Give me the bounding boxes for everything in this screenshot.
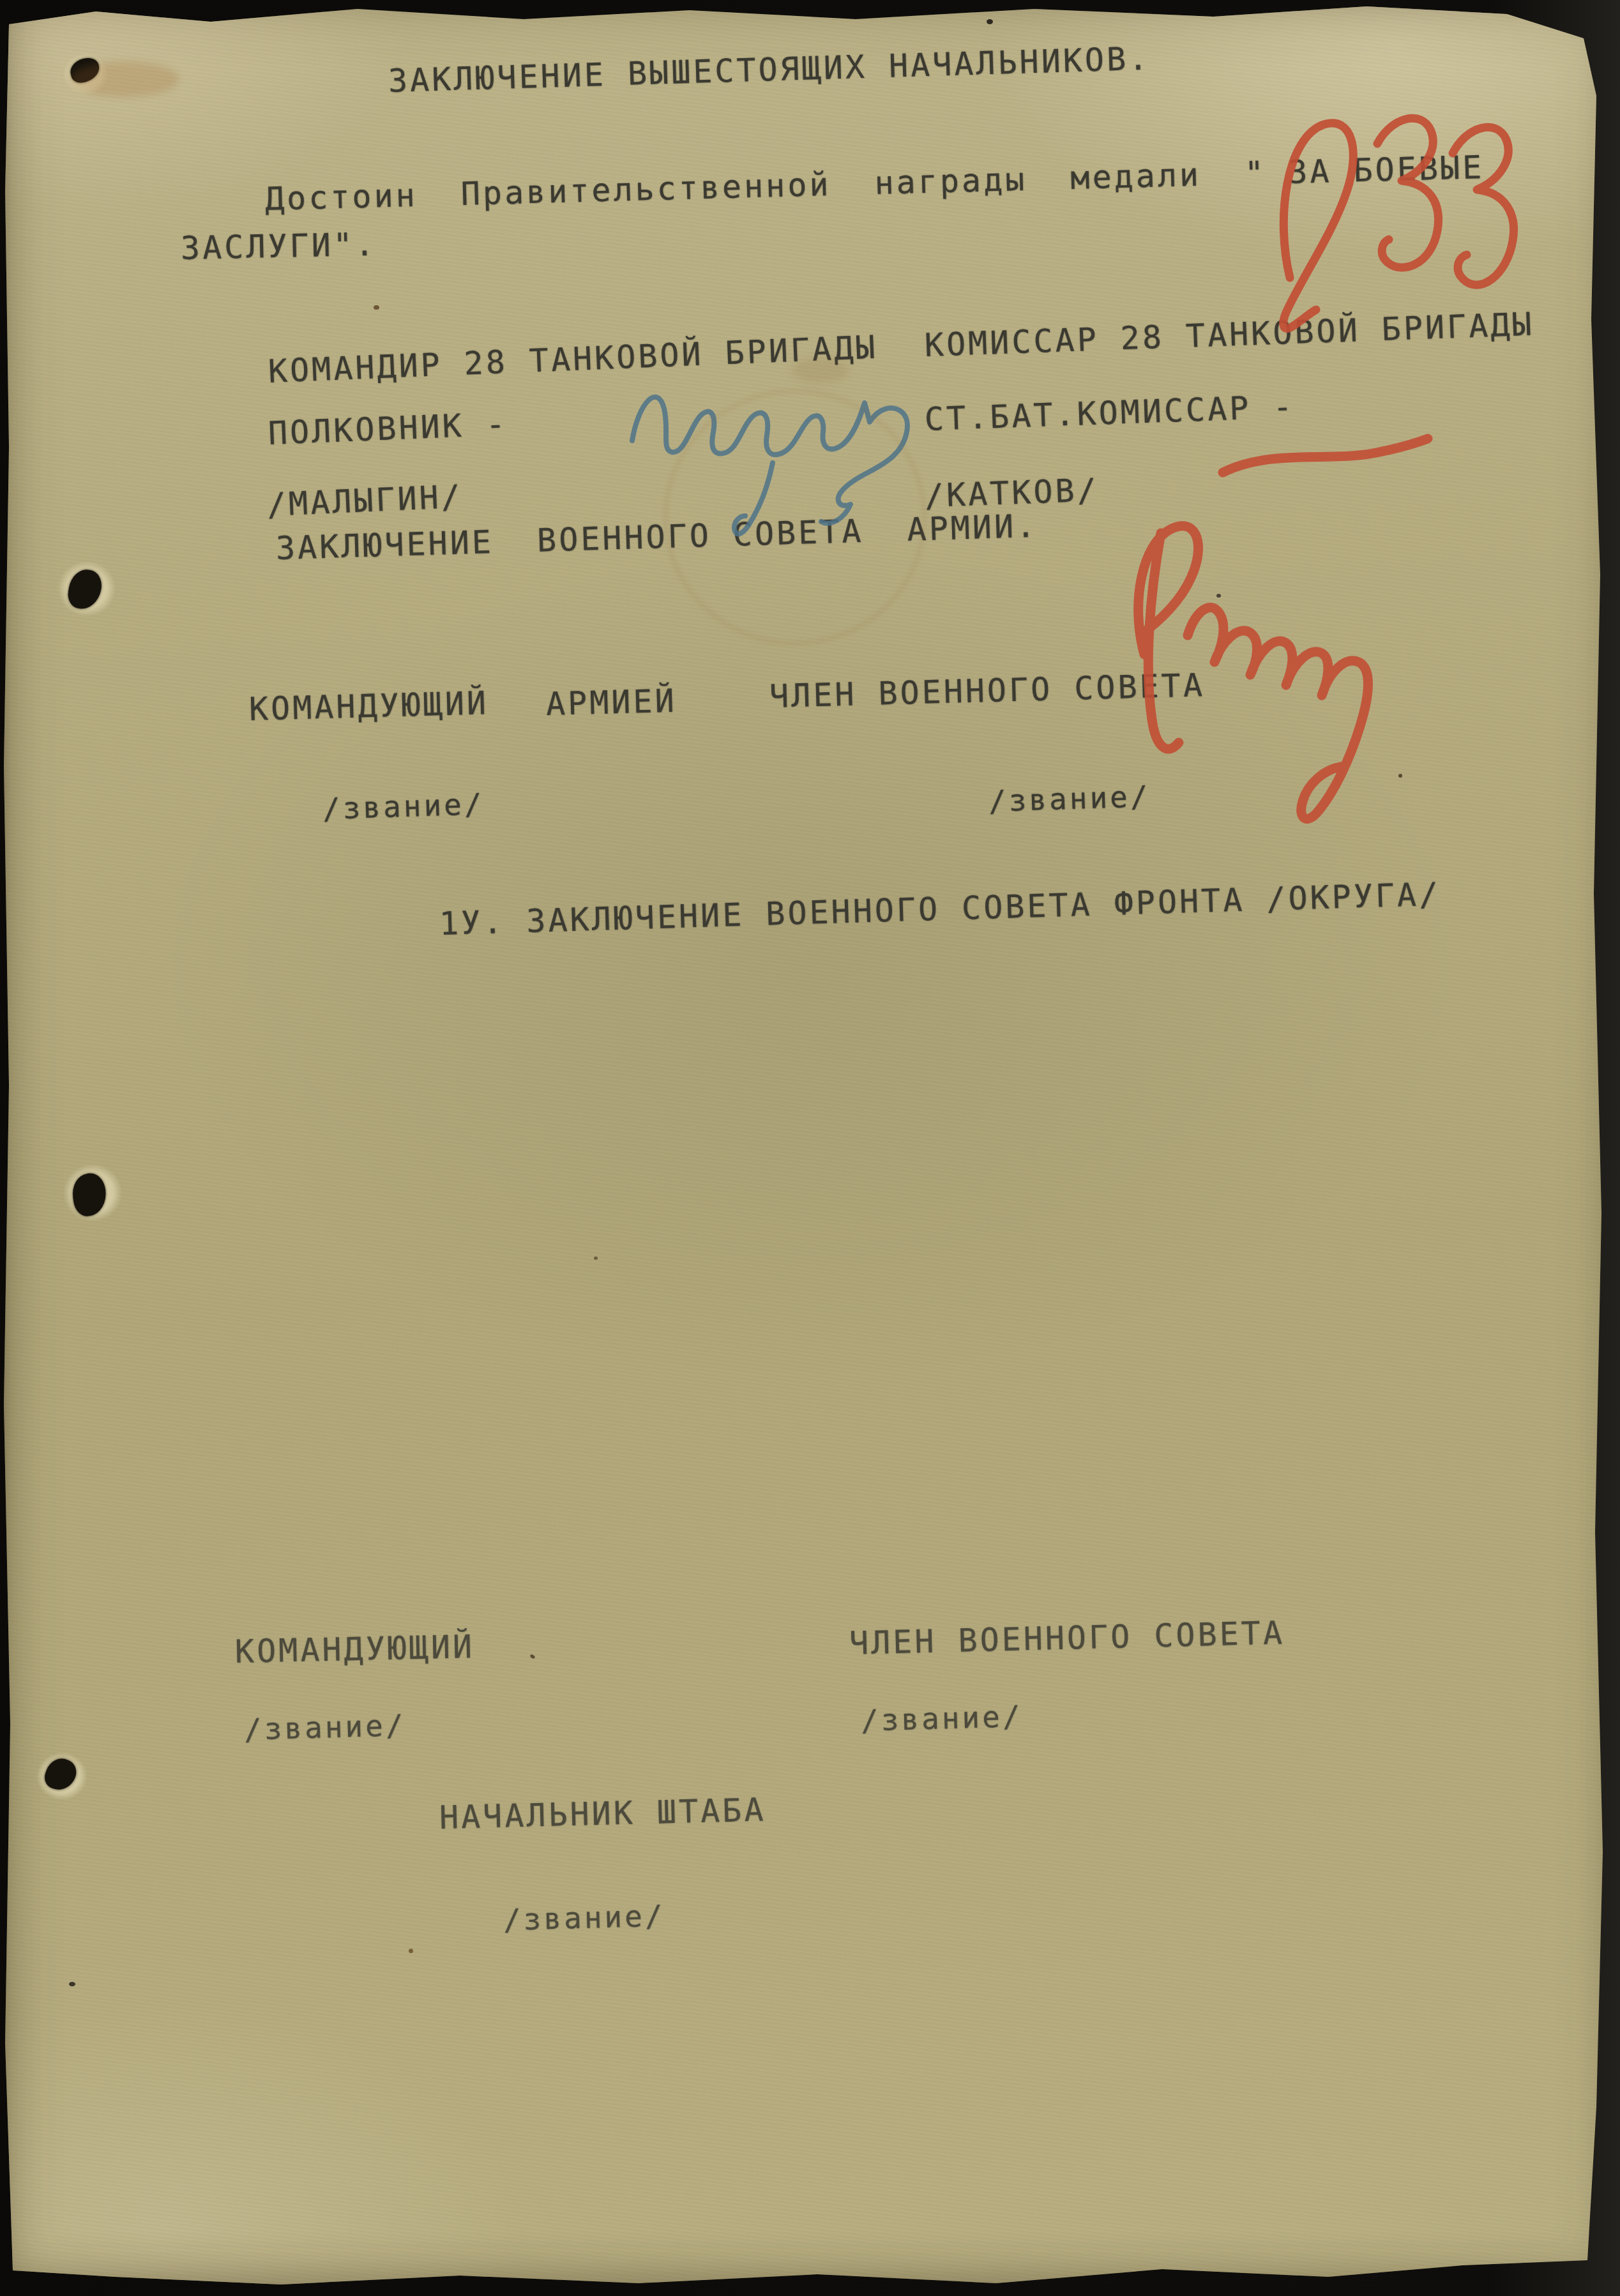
front-rank-left: /звание/	[243, 1708, 406, 1747]
paper-speck	[987, 19, 993, 24]
chief-of-staff-rank: /звание/	[503, 1898, 665, 1937]
paper-stain	[70, 61, 179, 97]
front-member-label: ЧЛЕН ВОЕННОГО СОВЕТА	[849, 1614, 1285, 1662]
paper-stain	[792, 358, 849, 383]
document-paper: ЗАКЛЮЧЕНИЕ ВЫШЕСТОЯЩИХ НАЧАЛЬНИКОВ. Дост…	[0, 0, 1620, 2296]
paper-speck	[374, 305, 379, 310]
page-title: ЗАКЛЮЧЕНИЕ ВЫШЕСТОЯЩИХ НАЧАЛЬНИКОВ.	[388, 40, 1151, 100]
army-label: АРМИЕЙ	[545, 683, 677, 723]
paper-speck	[409, 1949, 413, 1953]
scan-background: { "document": { "page_number_handwritten…	[0, 0, 1620, 2296]
commander-name-line: /МАЛЫГИН/	[266, 478, 464, 524]
front-commander-label: КОМАНДУЮЩИЙ	[234, 1628, 474, 1670]
stamp-ghost	[664, 389, 926, 645]
front-rank-right: /звание/	[860, 1699, 1023, 1738]
chief-of-staff-label: НАЧАЛЬНИК ШТАБА	[439, 1792, 766, 1836]
army-commander-label: КОМАНДУЮЩИЙ	[248, 684, 489, 728]
paper-speck	[69, 1982, 75, 1986]
commander-rank-line: ПОЛКОВНИК -	[268, 405, 508, 452]
page-number-handwritten	[1242, 73, 1523, 342]
front-council-heading: 1У. ЗАКЛЮЧЕНИЕ ВОЕННОГО СОВЕТА ФРОНТА /О…	[439, 875, 1441, 942]
paper-speck	[1398, 774, 1402, 778]
paper-speck	[529, 1654, 535, 1659]
paper-speck	[1216, 594, 1221, 598]
verdict-line-2: ЗАСЛУГИ".	[180, 226, 377, 267]
katkov-signature	[1086, 425, 1494, 833]
paper-speck	[594, 1257, 598, 1260]
army-rank-left: /звание/	[322, 787, 485, 826]
